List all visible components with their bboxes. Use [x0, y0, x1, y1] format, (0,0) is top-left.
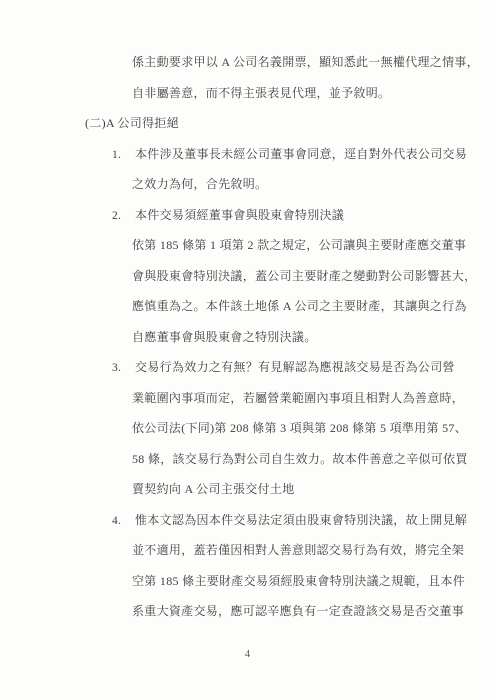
- text-line: 係主動要求甲以 A 公司名義開票，顯知悉此一無權代理之情事，: [0, 47, 495, 78]
- list-item-line: 2.本件交易須經董事會與股東會特別決議: [0, 200, 495, 231]
- document-content: 係主動要求甲以 A 公司名義開票，顯知悉此一無權代理之情事，自非屬善意，而不得主…: [0, 47, 495, 627]
- text-line: 之效力為何，合先敘明。: [0, 169, 495, 200]
- text-line: 依第 185 條第 1 項第 2 款之規定，公司讓與主要財產應交董事: [0, 230, 495, 261]
- list-item-line: 4.惟本文認為因本件交易法定須由股東會特別決議，故上開見解: [0, 505, 495, 536]
- line-text: 本件涉及董事長未經公司董事會同意，逕自對外代表公司交易: [135, 147, 467, 161]
- text-line: 依公司法(下同)第 208 條第 3 項與第 208 條第 5 項準用第 57、: [0, 413, 495, 444]
- line-text: 依第 185 條第 1 項第 2 款之規定，公司讓與主要財產應交董事: [132, 238, 466, 252]
- list-item-number: 4.: [112, 506, 135, 536]
- line-text: 自非屬善意，而不得主張表見代理，並予敘明。: [132, 86, 390, 100]
- line-text: (二)A 公司得拒絕: [85, 116, 179, 130]
- page-footer: 4: [0, 644, 495, 662]
- line-text: 58 條，該交易行為對公司自生效力。故本件善意之辛似可依買: [132, 452, 468, 466]
- text-line: 自應董事會與股東會之特別決議。: [0, 322, 495, 353]
- line-text: 依公司法(下同)第 208 條第 3 項與第 208 條第 5 項準用第 57、: [132, 421, 467, 435]
- text-line: 會與股東會特別決議，蓋公司主要財產之變動對公司影響甚大，: [0, 261, 495, 292]
- line-text: 應慎重為之。本件該土地係 A 公司之主要財產，其讓與之行為: [132, 299, 467, 313]
- list-item-number: 1.: [112, 140, 135, 170]
- text-line: 自非屬善意，而不得主張表見代理，並予敘明。: [0, 78, 495, 109]
- text-line: 系重大資產交易，應可認辛應負有一定查證該交易是否交董事: [0, 596, 495, 627]
- line-text: 賣契約向 A 公司主張交付土地: [132, 482, 295, 496]
- text-line: 並不適用，蓋若僅因相對人善意則認交易行為有效，將完全架: [0, 535, 495, 566]
- line-text: 空第 185 條主要財產交易須經股東會特別決議之規範，且本件: [132, 574, 465, 588]
- list-item-line: 1.本件涉及董事長未經公司董事會同意，逕自對外代表公司交易: [0, 139, 495, 170]
- page-number: 4: [245, 649, 250, 660]
- line-text: 係主動要求甲以 A 公司名義開票，顯知悉此一無權代理之情事，: [132, 55, 479, 69]
- line-text: 業範圍內事項而定，若屬營業範圍內事項且相對人為善意時，: [132, 391, 464, 405]
- line-text: 本件交易須經董事會與股東會特別決議: [135, 208, 344, 222]
- list-item-line: 3.交易行為效力之有無？有見解認為應視該交易是否為公司營: [0, 352, 495, 383]
- line-text: 交易行為效力之有無？有見解認為應視該交易是否為公司營: [135, 360, 455, 374]
- list-item-number: 2.: [112, 201, 135, 231]
- document-page: 係主動要求甲以 A 公司名義開票，顯知悉此一無權代理之情事，自非屬善意，而不得主…: [0, 0, 495, 700]
- line-text: 系重大資產交易，應可認辛應負有一定查證該交易是否交董事: [132, 604, 464, 618]
- section-heading: (二)A 公司得拒絕: [0, 108, 495, 139]
- list-item-number: 3.: [112, 353, 135, 383]
- line-text: 並不適用，蓋若僅因相對人善意則認交易行為有效，將完全架: [132, 543, 464, 557]
- text-line: 空第 185 條主要財產交易須經股東會特別決議之規範，且本件: [0, 566, 495, 597]
- line-text: 惟本文認為因本件交易法定須由股東會特別決議，故上開見解: [135, 513, 467, 527]
- line-text: 之效力為何，合先敘明。: [132, 177, 267, 191]
- text-line: 賣契約向 A 公司主張交付土地: [0, 474, 495, 505]
- text-line: 58 條，該交易行為對公司自生效力。故本件善意之辛似可依買: [0, 444, 495, 475]
- line-text: 自應董事會與股東會之特別決議。: [132, 330, 317, 344]
- line-text: 會與股東會特別決議，蓋公司主要財產之變動對公司影響甚大，: [132, 269, 476, 283]
- text-line: 業範圍內事項而定，若屬營業範圍內事項且相對人為善意時，: [0, 383, 495, 414]
- text-line: 應慎重為之。本件該土地係 A 公司之主要財產，其讓與之行為: [0, 291, 495, 322]
